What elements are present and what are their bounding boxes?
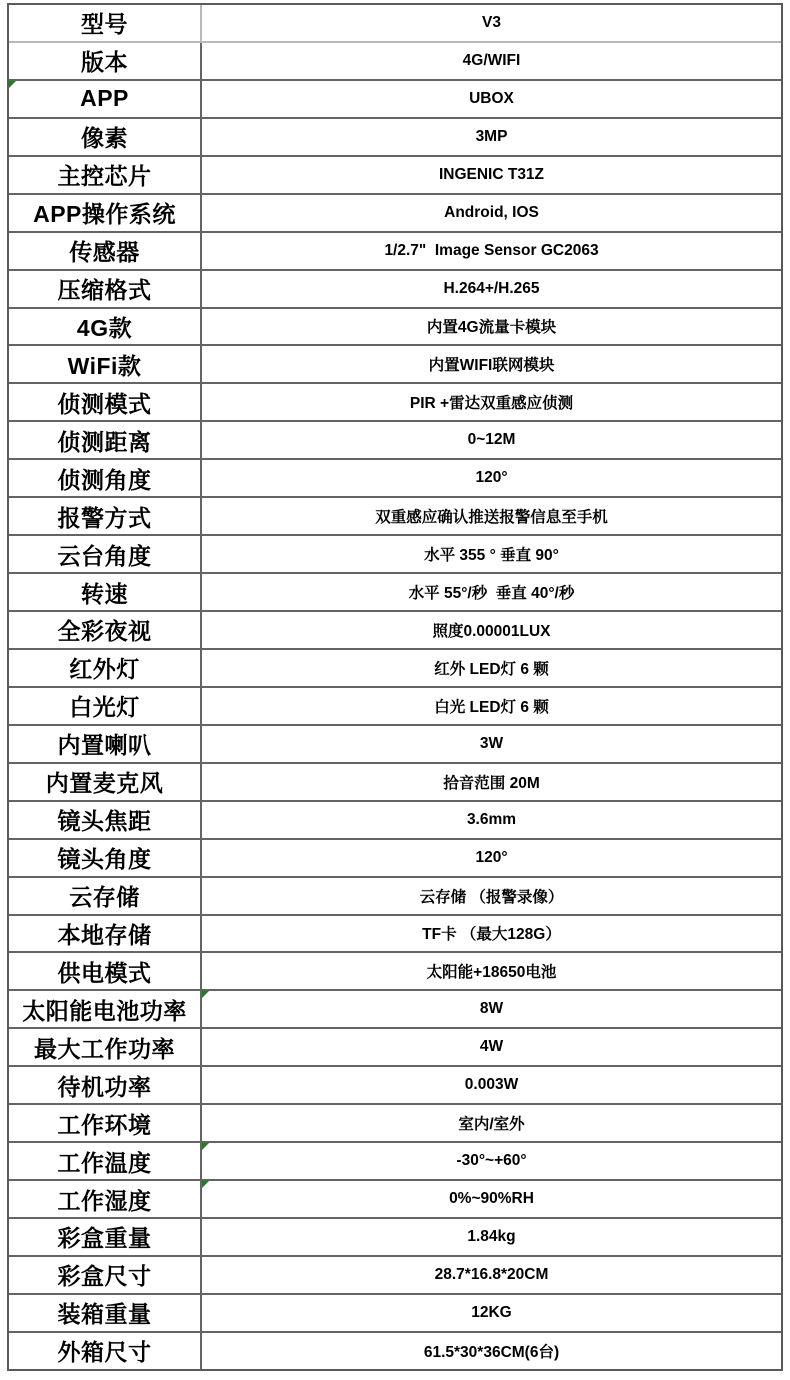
table-row: APP操作系统Android, IOS <box>9 193 781 231</box>
table-row: 工作温度-30°~+60° <box>9 1141 781 1179</box>
table-row: 版本4G/WIFI <box>9 41 781 79</box>
table-row: 内置麦克风拾音范围 20M <box>9 762 781 800</box>
spec-value: 3MP <box>202 119 781 155</box>
spec-value: INGENIC T31Z <box>202 157 781 193</box>
table-row: 4G款内置4G流量卡模块 <box>9 307 781 345</box>
table-row: 白光灯白光 LED灯 6 颗 <box>9 686 781 724</box>
spec-label: 工作湿度 <box>9 1181 202 1217</box>
spec-label: 红外灯 <box>9 650 202 686</box>
spec-value: 1/2.7" Image Sensor GC2063 <box>202 233 781 269</box>
spec-value: 内置4G流量卡模块 <box>202 309 781 345</box>
spec-label: 侦测角度 <box>9 460 202 496</box>
cell-comment-marker-icon <box>202 1143 209 1150</box>
table-row: 待机功率0.003W <box>9 1065 781 1103</box>
table-row: 彩盒重量1.84kg <box>9 1217 781 1255</box>
spec-label: 本地存储 <box>9 916 202 952</box>
table-row: 主控芯片INGENIC T31Z <box>9 155 781 193</box>
spec-value: 12KG <box>202 1295 781 1331</box>
spec-value: UBOX <box>202 81 781 117</box>
table-row: 型号V3 <box>9 5 781 41</box>
spec-value: 0%~90%RH <box>202 1181 781 1217</box>
cell-comment-marker-icon <box>202 991 209 998</box>
table-row: 云存储云存储 （报警录像） <box>9 876 781 914</box>
table-row: 装箱重量12KG <box>9 1293 781 1331</box>
table-row: 外箱尺寸61.5*30*36CM(6台) <box>9 1331 781 1369</box>
table-row: 最大工作功率4W <box>9 1027 781 1065</box>
spec-label: 4G款 <box>9 309 202 345</box>
table-row: 云台角度水平 355 ° 垂直 90° <box>9 534 781 572</box>
spec-label: 镜头焦距 <box>9 802 202 838</box>
spec-label: 版本 <box>9 43 202 79</box>
table-row: 彩盒尺寸28.7*16.8*20CM <box>9 1255 781 1293</box>
spec-value: 室内/室外 <box>202 1105 781 1141</box>
table-row: 压缩格式H.264+/H.265 <box>9 269 781 307</box>
spec-label: 云台角度 <box>9 536 202 572</box>
table-row: 全彩夜视照度0.00001LUX <box>9 610 781 648</box>
table-row: 像素3MP <box>9 117 781 155</box>
spec-label: 主控芯片 <box>9 157 202 193</box>
table-row: 镜头焦距3.6mm <box>9 800 781 838</box>
spec-label: 工作温度 <box>9 1143 202 1179</box>
spec-label: 装箱重量 <box>9 1295 202 1331</box>
spec-label: 彩盒重量 <box>9 1219 202 1255</box>
spec-value: 白光 LED灯 6 颗 <box>202 688 781 724</box>
table-row: 侦测距离0~12M <box>9 420 781 458</box>
table-row: 侦测模式PIR +雷达双重感应侦测 <box>9 382 781 420</box>
spec-value: 太阳能+18650电池 <box>202 953 781 989</box>
spec-label: 太阳能电池功率 <box>9 991 202 1027</box>
spec-label: APP <box>9 81 202 117</box>
cell-comment-marker-icon <box>202 1181 209 1188</box>
spec-label: 像素 <box>9 119 202 155</box>
spec-value: H.264+/H.265 <box>202 271 781 307</box>
table-row: 红外灯红外 LED灯 6 颗 <box>9 648 781 686</box>
spec-label: 传感器 <box>9 233 202 269</box>
spec-value: 红外 LED灯 6 颗 <box>202 650 781 686</box>
spec-value: 0.003W <box>202 1067 781 1103</box>
spec-label: 外箱尺寸 <box>9 1333 202 1369</box>
page: 型号V3版本4G/WIFIAPPUBOX像素3MP主控芯片INGENIC T31… <box>0 0 790 1380</box>
spec-label: 彩盒尺寸 <box>9 1257 202 1293</box>
spec-value: 4G/WIFI <box>202 43 781 79</box>
spec-value: 水平 55°/秒 垂直 40°/秒 <box>202 574 781 610</box>
spec-value: 0~12M <box>202 422 781 458</box>
spec-value: Android, IOS <box>202 195 781 231</box>
spec-value: 61.5*30*36CM(6台) <box>202 1333 781 1369</box>
spec-value: 拾音范围 20M <box>202 764 781 800</box>
spec-value: 28.7*16.8*20CM <box>202 1257 781 1293</box>
table-row: 传感器1/2.7" Image Sensor GC2063 <box>9 231 781 269</box>
spec-label: 侦测距离 <box>9 422 202 458</box>
table-row: WiFi款内置WIFI联网模块 <box>9 344 781 382</box>
spec-table: 型号V3版本4G/WIFIAPPUBOX像素3MP主控芯片INGENIC T31… <box>7 3 783 1371</box>
spec-label: 工作环境 <box>9 1105 202 1141</box>
table-row: APPUBOX <box>9 79 781 117</box>
table-row: 工作湿度0%~90%RH <box>9 1179 781 1217</box>
spec-value: 1.84kg <box>202 1219 781 1255</box>
spec-value: -30°~+60° <box>202 1143 781 1179</box>
spec-value: 内置WIFI联网模块 <box>202 346 781 382</box>
table-row: 供电模式太阳能+18650电池 <box>9 951 781 989</box>
spec-label: 型号 <box>9 5 202 41</box>
spec-value: TF卡 （最大128G） <box>202 916 781 952</box>
spec-label: 最大工作功率 <box>9 1029 202 1065</box>
spec-label: WiFi款 <box>9 346 202 382</box>
table-row: 报警方式双重感应确认推送报警信息至手机 <box>9 496 781 534</box>
spec-label: 待机功率 <box>9 1067 202 1103</box>
spec-value: 云存储 （报警录像） <box>202 878 781 914</box>
spec-value: 120° <box>202 460 781 496</box>
spec-label: 全彩夜视 <box>9 612 202 648</box>
table-row: 本地存储TF卡 （最大128G） <box>9 914 781 952</box>
spec-label: 报警方式 <box>9 498 202 534</box>
spec-label: APP操作系统 <box>9 195 202 231</box>
table-row: 工作环境室内/室外 <box>9 1103 781 1141</box>
spec-label: 镜头角度 <box>9 840 202 876</box>
spec-value: 3.6mm <box>202 802 781 838</box>
table-row: 内置喇叭3W <box>9 724 781 762</box>
spec-value: 120° <box>202 840 781 876</box>
spec-label: 供电模式 <box>9 953 202 989</box>
table-row: 侦测角度120° <box>9 458 781 496</box>
spec-value: 双重感应确认推送报警信息至手机 <box>202 498 781 534</box>
table-row: 太阳能电池功率8W <box>9 989 781 1027</box>
spec-value: 水平 355 ° 垂直 90° <box>202 536 781 572</box>
spec-value: PIR +雷达双重感应侦测 <box>202 384 781 420</box>
spec-label: 云存储 <box>9 878 202 914</box>
spec-value: 照度0.00001LUX <box>202 612 781 648</box>
spec-label: 内置麦克风 <box>9 764 202 800</box>
spec-value: V3 <box>202 5 781 41</box>
spec-label: 白光灯 <box>9 688 202 724</box>
spec-label: 内置喇叭 <box>9 726 202 762</box>
spec-value: 8W <box>202 991 781 1027</box>
table-row: 镜头角度120° <box>9 838 781 876</box>
spec-label: 侦测模式 <box>9 384 202 420</box>
spec-value: 4W <box>202 1029 781 1065</box>
cell-comment-marker-icon <box>9 81 16 88</box>
spec-value: 3W <box>202 726 781 762</box>
spec-label: 压缩格式 <box>9 271 202 307</box>
table-row: 转速水平 55°/秒 垂直 40°/秒 <box>9 572 781 610</box>
spec-label: 转速 <box>9 574 202 610</box>
